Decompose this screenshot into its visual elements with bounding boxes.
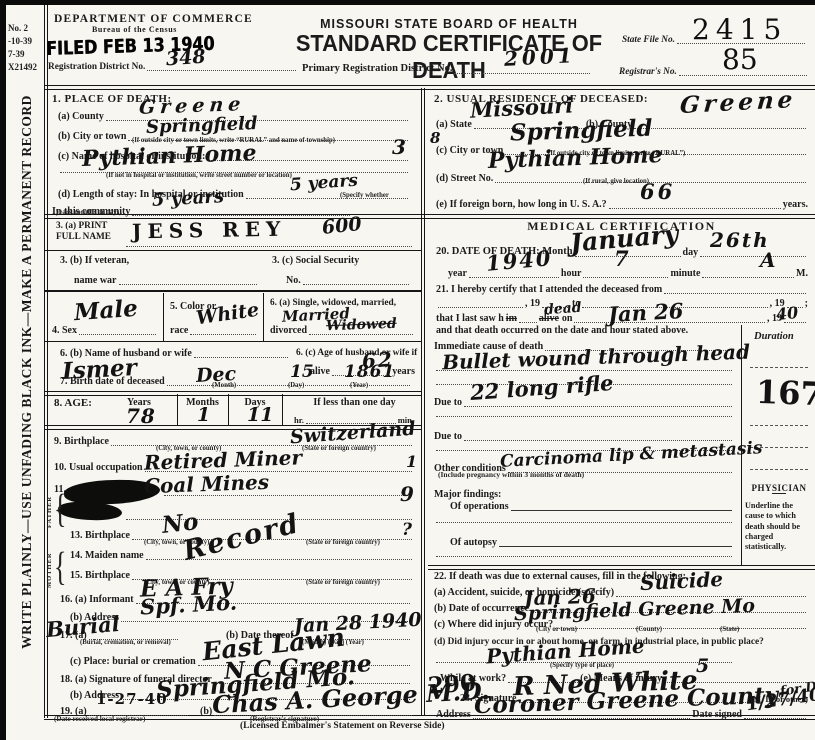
registrar-no-line: Registrar's No. [619, 67, 809, 77]
s3a-name-line [124, 243, 414, 248]
s15-sub2: (State or foreign country) [306, 580, 380, 587]
margin-code: 7-39 [8, 48, 48, 61]
s19a-sub: (Date received local registrar) [54, 716, 145, 723]
primary-district-handwritten: 2001 [504, 45, 577, 69]
s11-mark: 9 [400, 484, 414, 504]
primary-district-blank [454, 70, 590, 74]
s1-community-blank [132, 212, 350, 216]
s8-less-header: If less than one day [292, 397, 417, 408]
findings-lead2 [436, 553, 732, 557]
s20-day-label: day [683, 247, 699, 258]
death-certificate-scan: No. 2 -10-39 7-39 X21492 WRITE PLAINLY—U… [0, 0, 815, 740]
s3a-label1: 3. (a) PRINT [56, 221, 107, 231]
findings-op-blank [511, 507, 732, 511]
s7-day-sub: (Day) [288, 383, 304, 390]
s21-text1: 21. I hereby certify that I attended the… [436, 284, 662, 295]
duration-label: Duration [754, 331, 794, 342]
s8-days-value: 11 [247, 406, 273, 425]
father-label: FATHER [46, 480, 53, 528]
s3b-line: name war [74, 275, 259, 286]
findings-autopsy-line: Of autopsy [450, 537, 734, 548]
s20-minute-blank [702, 274, 794, 278]
s13-mark: ? [402, 522, 412, 539]
s1-community-value: 5 years [152, 188, 225, 210]
s3c-line: No. [286, 275, 411, 286]
s4-blank [79, 331, 156, 335]
s3b-label2: name war [74, 275, 117, 286]
s22c-sub3: (State) [720, 627, 739, 634]
s20-year-blank [469, 274, 559, 278]
s19b-label: (b) [200, 706, 212, 717]
section-date-of-death: 20. DATE OF DEATH: Month day January 26t… [428, 236, 815, 280]
s5-blank [190, 331, 256, 335]
s20-year-value: 1940 [485, 247, 553, 274]
registrar-no-blank [679, 72, 807, 76]
s17a-sub: (Burial, cremation, or removal) [80, 640, 171, 647]
s6b-blank [194, 354, 288, 358]
findings-autopsy-blank [499, 543, 732, 547]
agency-line1: DEPARTMENT OF COMMERCE [54, 13, 253, 26]
s1-city-value: Springfield [146, 115, 258, 137]
s2-foreign-line: (e) If foreign born, how long in U. S. A… [436, 199, 808, 210]
reg-district-blank [147, 67, 296, 71]
s13-sub2: (State or foreign country) [306, 540, 380, 547]
divider-4-5 [163, 293, 164, 341]
s8-hr-label: hr. [294, 416, 304, 425]
s4-line: 4. Sex [52, 325, 158, 336]
scan-edge-left [0, 0, 6, 740]
s10-mark: 1 [406, 454, 417, 470]
s16b-value: Spf. Mo. [140, 591, 238, 617]
s9-sub2: (State or foreign country) [302, 446, 376, 453]
board-title: MISSOURI STATE BOARD OF HEALTH [294, 17, 604, 31]
s20-meridiem-value: A [760, 250, 776, 270]
due1-blank [464, 403, 732, 407]
s21-text2: that I last saw h [436, 313, 504, 324]
s2-county-blank [634, 125, 806, 129]
s2-stray-mark: 8 [430, 131, 440, 146]
s7-label: 7. Birth date of deceased [60, 376, 165, 387]
s21-him: im [506, 313, 517, 324]
findings-lead [436, 519, 732, 523]
physician-title: PHYSICIAN [742, 483, 815, 493]
s7-year-sub: (Year) [350, 383, 368, 390]
s22a-value: Suicide [640, 569, 724, 593]
s2-state-value: Missouri [470, 94, 574, 120]
due2-label: Due to [434, 431, 462, 442]
duration-dash [750, 367, 808, 368]
s8-months-value: 1 [197, 406, 210, 425]
s20-minute-label: minute [670, 268, 700, 279]
vertical-instruction: WRITE PLAINLY—USE UNFADING BLACK INK—MAK… [19, 72, 35, 672]
s20-day-blank [700, 253, 806, 257]
s22e-value: 5 [696, 657, 709, 676]
s21-blank2 [438, 304, 523, 308]
section-place-of-death: 1. PLACE OF DEATH: (a) County Greene (b)… [44, 89, 421, 214]
s14-label: 14. Maiden name [70, 550, 144, 561]
s3b-label1: 3. (b) If veteran, [60, 255, 129, 266]
s4-value: Male [73, 296, 138, 323]
mother-label: MOTHER [46, 540, 53, 588]
s21-blank6 [519, 319, 537, 323]
s9-label: 9. Birthplace [54, 436, 109, 447]
reg-district-line: Registration District No. [48, 62, 298, 72]
reg-district-label: Registration District No. [48, 62, 145, 72]
age-divider3 [282, 394, 283, 425]
header: DEPARTMENT OF COMMERCE Bureau of the Cen… [44, 5, 815, 85]
section-veteran-ssn: 3. (b) If veteran, name war 3. (c) Socia… [44, 251, 421, 292]
due1-blank-line [434, 413, 734, 418]
findings-autopsy-label: Of autopsy [450, 537, 497, 548]
s21-line1: 21. I hereby certify that I attended the… [436, 284, 808, 295]
s3c-blank [303, 281, 409, 285]
mother-brace: { [54, 544, 66, 591]
cause-lead1 [436, 367, 732, 371]
other-sub: (Include pregnancy within 3 months of de… [438, 471, 584, 479]
section-informant-burial: 16. (a) Informant E A Fry (b) Address Sp… [44, 588, 421, 716]
s20-hour-blank [583, 274, 668, 278]
duration-dash [750, 425, 808, 426]
s21-semi: ; [805, 298, 808, 309]
margin-code: -10-39 [8, 35, 48, 48]
s7-day-value: 15 [290, 364, 314, 381]
s20-m-label: M. [796, 268, 808, 279]
findings-op-label: Of operations [450, 501, 509, 512]
s2-state-label: (a) State [436, 119, 472, 130]
findings-blank-line2 [434, 553, 734, 558]
s3b-blank [119, 281, 258, 285]
s20-year-label: year [448, 268, 467, 279]
section-name: 3. (a) PRINT FULL NAME Jess Rey 600 [44, 217, 421, 251]
s4-label: 4. Sex [52, 325, 77, 336]
s1-stay-sub: (Specify whether [340, 193, 389, 200]
s11-value: Coal Mines [144, 472, 270, 496]
s7-month-sub: (Month) [212, 383, 236, 390]
due1-lead2 [436, 413, 732, 417]
margin-codes: No. 2 -10-39 7-39 X21492 [8, 22, 48, 74]
s2-street-label: (d) Street No. [436, 173, 493, 184]
state-file-line: State File No. [622, 35, 807, 45]
s2-county-value: Greene [679, 88, 797, 117]
registrar-no-label: Registrar's No. [619, 67, 677, 77]
embalmer-note: (Licensed Embalmer's Statement on Revers… [240, 721, 444, 731]
s2-foreign-label: (e) If foreign born, how long in U. S. A… [436, 199, 607, 210]
physician-note: Underline the cause to which death shoul… [745, 501, 813, 552]
section-birthdate: 7. Birth date of deceased Dec 15 1861 (M… [44, 374, 421, 391]
duration-dash [750, 469, 808, 470]
due2-blank [464, 437, 732, 441]
s21-y1: , 19 [525, 298, 540, 309]
s1-hospital-sub: (If not in hospital or institution, writ… [106, 173, 292, 180]
section-cause: Immediate cause of death Bullet wound th… [428, 337, 739, 565]
father-brace: { [54, 486, 66, 533]
due1-duration-value: 167 [755, 376, 815, 410]
margin-code: No. 2 [8, 22, 48, 35]
s21-blank1 [664, 290, 806, 294]
findings-op-line: Of operations [450, 501, 734, 512]
s21-date-value: Jan 26 [608, 300, 684, 325]
due1-label: Due to [434, 397, 462, 408]
divider-5-6a [263, 293, 264, 341]
s3c-label1: 3. (c) Social Security [272, 255, 359, 266]
s21-dead-value: dead [544, 301, 582, 318]
s17a-value: Burial [45, 613, 120, 640]
s10-value: Retired Miner [144, 447, 303, 472]
primary-district-label: Primary Registration District No. [302, 63, 452, 75]
s20-hour-value: 7 [614, 248, 629, 269]
findings-blank-line [434, 519, 734, 524]
s2-foreign-suffix: years. [783, 199, 808, 210]
state-file-label: State File No. [622, 35, 675, 45]
s3a-name-mark: 600 [321, 215, 362, 238]
s8-years-value: 78 [126, 406, 156, 426]
physician-divider [772, 493, 786, 494]
section-sex-race-marital: 4. Sex Male 5. Color or race White 6. (a… [44, 293, 421, 342]
s10-label: 10. Usual occupation [54, 462, 143, 473]
section-usual-residence: 2. USUAL RESIDENCE OF DECEASED: (a) Stat… [428, 89, 815, 214]
s8-label: 8. AGE: [54, 397, 92, 409]
s1-hospital-value: Pythian Home [82, 142, 257, 170]
s6a-struck-value: Widowed [326, 316, 397, 332]
section-personal: 9. Birthplace Switzerland (City, town, o… [44, 428, 421, 588]
s3a-name-value: Jess Rey [132, 219, 287, 242]
s6a-label2: divorced [270, 325, 307, 336]
s22c-blank [555, 625, 806, 629]
s1-community-sub: years, months or days) [56, 210, 122, 217]
s5-label2: race [170, 325, 188, 336]
s15-label: 15. Birthplace [70, 570, 130, 581]
s7-year-value: 1861 [344, 364, 395, 381]
s17c-label: (c) Place: burial or cremation [70, 656, 196, 667]
s16a-label: 16. (a) Informant [60, 594, 134, 605]
s2-foreign-blank [609, 205, 781, 209]
s2-foreign-value: 66 [640, 181, 675, 202]
s22c-sub1: (City or town) [536, 627, 577, 634]
s23-date-blank [744, 715, 806, 719]
s3a-name-blank [126, 243, 412, 247]
s3a-label2: FULL NAME [56, 232, 111, 242]
s21-text3: and that death occurred on the date and … [436, 325, 688, 336]
findings-label: Major findings: [434, 489, 501, 500]
s1-county-label: (a) County [58, 111, 104, 122]
s21-year-value: 40 [775, 305, 799, 323]
s13-label: 13. Birthplace [70, 530, 130, 541]
s3c-label2: No. [286, 275, 301, 286]
s20-hour-label: hour [561, 268, 582, 279]
s2-street-value: Pythian Home [488, 144, 663, 172]
s23-addr-label: Address [436, 709, 471, 720]
due2-line: Due to [434, 431, 734, 442]
s19a-value: 1-27-40 [96, 692, 168, 707]
s6c-label1: 6. (c) Age of husband or wife if [296, 348, 417, 358]
s20-day-value: 26th [710, 230, 770, 250]
section-external-causes: 22. If death was due to external causes,… [428, 569, 815, 679]
s2-city-value: Springfield [510, 117, 653, 145]
s1-city-label: (b) City or town [58, 131, 126, 142]
s1-hospital-mark: 3 [392, 137, 406, 157]
